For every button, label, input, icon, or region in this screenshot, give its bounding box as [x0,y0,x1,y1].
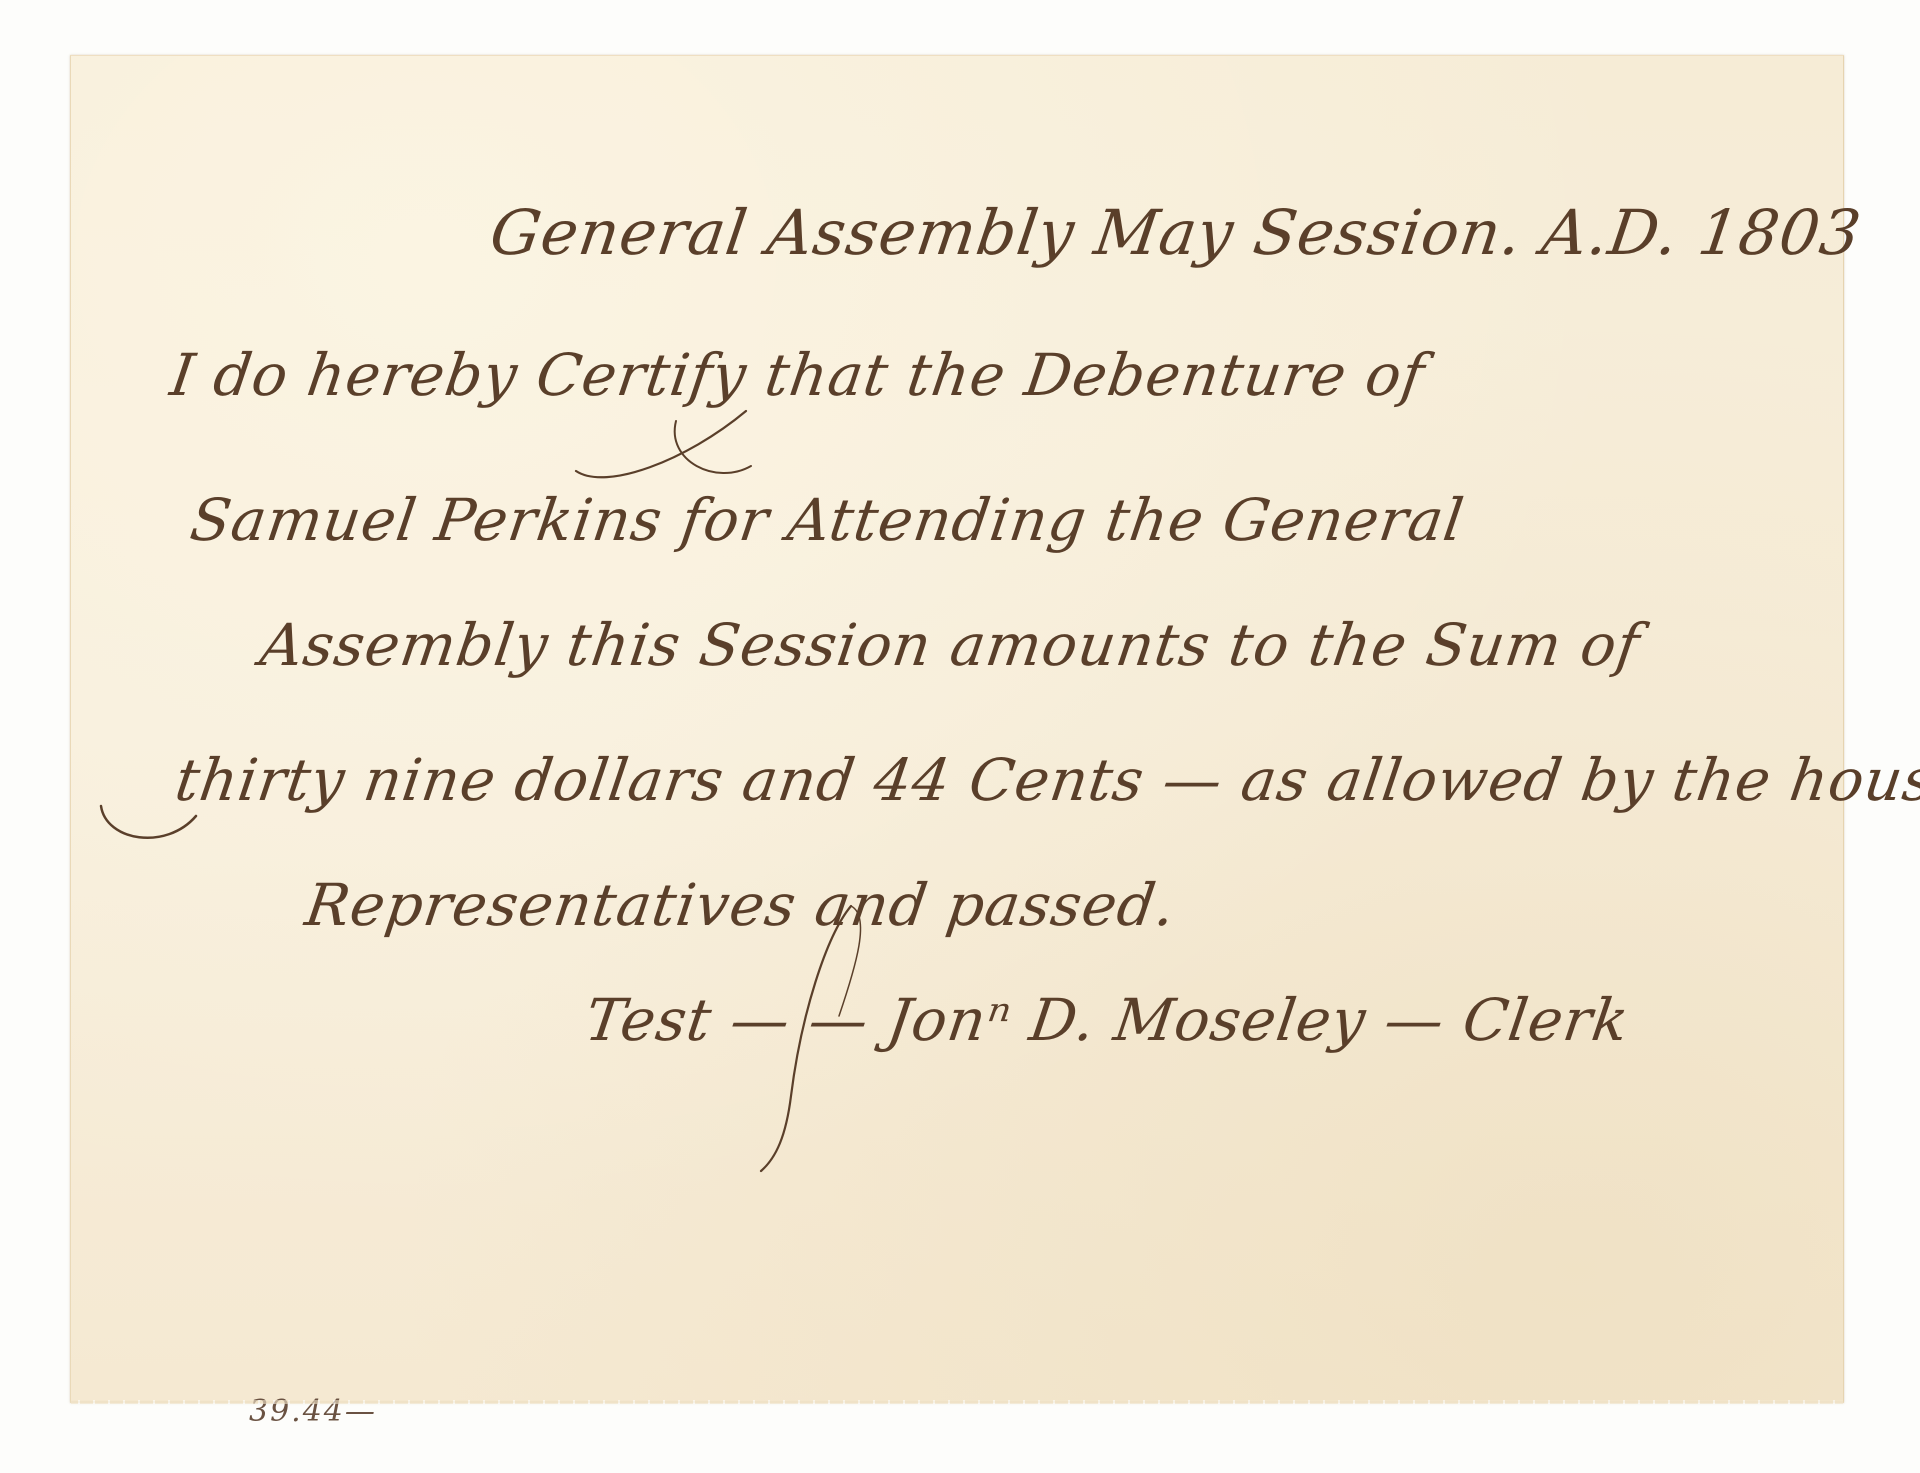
body-line-4: thirty nine dollars and 44 Cents — as al… [171,746,1920,814]
body-line-5: Representatives and passed. [301,871,1180,939]
body-line-2: Samuel Perkins for Attending the General [186,486,1468,554]
margin-amount-note: 39.44— [249,1394,377,1429]
document-paper: General Assembly May Session. A.D. 1803 … [70,55,1844,1403]
scan-background: General Assembly May Session. A.D. 1803 … [0,0,1920,1473]
body-line-3: Assembly this Session amounts to the Sum… [256,611,1644,679]
document-heading: General Assembly May Session. A.D. 1803 [486,196,1866,269]
attestation-signature: Test — — Jonⁿ D. Moseley — Clerk [581,986,1633,1054]
certify-flourish-icon [566,401,766,491]
body-line-1: I do hereby Certify that the Debenture o… [166,341,1429,409]
